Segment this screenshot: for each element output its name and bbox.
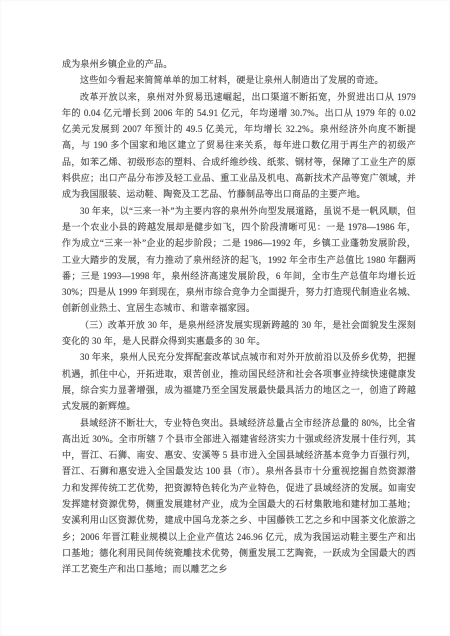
paragraph: 改革开放以来，泉州对外贸易迅速崛起，出口渠道不断拓宽，外贸进出口从 1979 年… bbox=[62, 89, 416, 203]
document-page: 成为泉州乡镇企业的产品。 这些如今看起来简简单单的加工材料，硬是让泉州人制造出了… bbox=[0, 0, 450, 636]
paragraph-continuation: 成为泉州乡镇企业的产品。 bbox=[62, 56, 416, 72]
paragraph: 30 年来，泉州人民充分发挥配套改革试点城市和对外开放前沿以及侨乡优势，把握机遇… bbox=[62, 349, 416, 414]
paragraph: 30 年来，以“三来一补”为主要内容的泉州外向型发展道路，虽说不是一帆风顺，但是… bbox=[62, 203, 416, 317]
paragraph: 这些如今看起来简简单单的加工材料，硬是让泉州人制造出了发展的奇迹。 bbox=[62, 72, 416, 88]
document-text-block: 成为泉州乡镇企业的产品。 这些如今看起来简简单单的加工材料，硬是让泉州人制造出了… bbox=[62, 56, 416, 578]
paragraph: （三）改革开放 30 年，是泉州经济发展实现新跨越的 30 年，是社会面貌发生深… bbox=[62, 317, 416, 350]
paragraph: 县域经济不断壮大，专业特色突出。县域经济总量占全市经济总量的 80%，比全省高出… bbox=[62, 415, 416, 578]
